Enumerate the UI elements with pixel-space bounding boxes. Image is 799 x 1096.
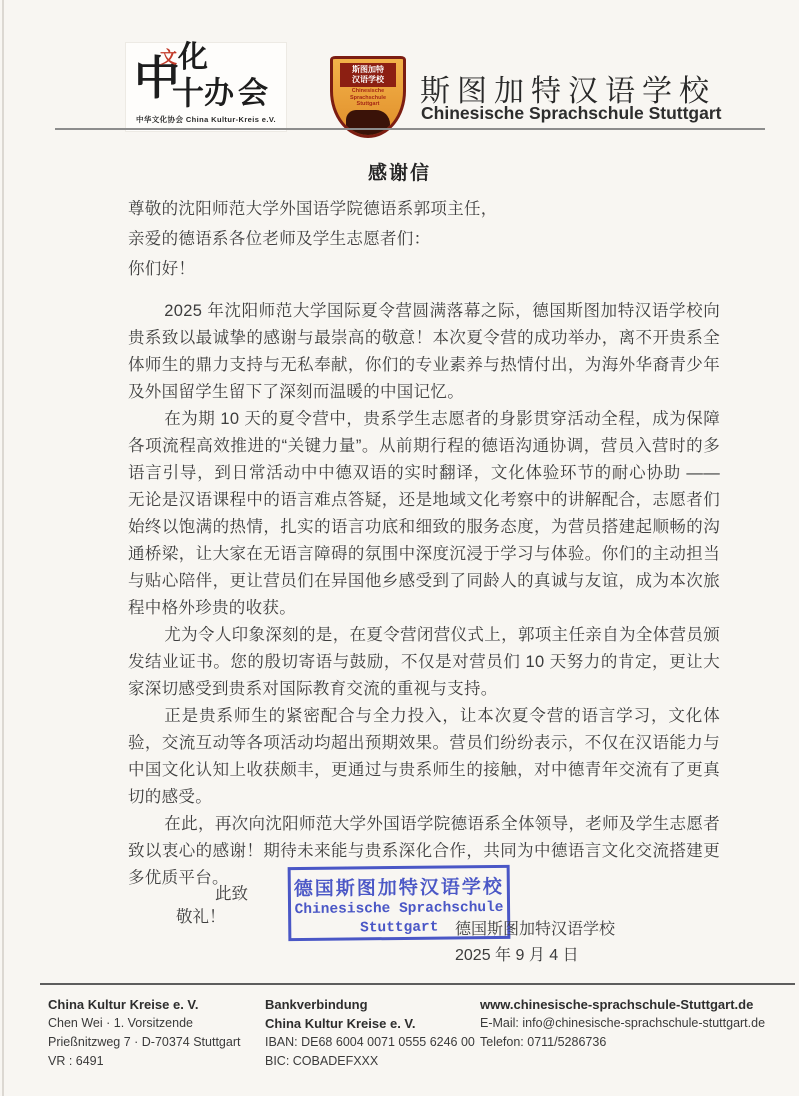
logo-glyph-ban: 办 [204, 79, 234, 109]
footer-association-info: China Kultur Kreise e. V. Chen Wei · 1. … [48, 995, 260, 1071]
china-kultur-kreis-logo: 中 文 化 十 办 会 中华文化协会 China Kultur-Kreis e.… [125, 42, 287, 132]
china-kultur-kreis-logo-art: 中 文 化 十 办 会 [126, 43, 286, 109]
shield-castle-silhouette [346, 110, 390, 136]
paragraph-3: 尤为令人印象深刻的是，在夏令营闭营仪式上，郭项主任亲自为全体营员颁发结业证书。您… [128, 622, 720, 703]
shield-top-line1: 斯图加特 [340, 65, 396, 75]
school-shield-icon: 斯图加特 汉语学校 Chinesische Sprachschule Stutt… [330, 56, 406, 138]
school-name-german: Chinesische Sprachschule Stuttgart [421, 103, 722, 124]
logo-glyph-hui: 会 [238, 79, 268, 109]
footer-address: Prießnitzweg 7 · D-70374 Stuttgart [48, 1033, 260, 1052]
logo-glyph-shi: 十 [172, 77, 204, 109]
logo-glyph-hua: 化 [178, 43, 208, 73]
paragraph-2: 在为期 10 天的夏令营中，贵系学生志愿者的身影贯穿活动全程，成为保障各项流程高… [128, 406, 720, 622]
signature-school-name: 德国斯图加特汉语学校 [455, 916, 615, 939]
footer-phone: Telefon: 0711/5286736 [480, 1033, 795, 1052]
shield-top-line2: 汉语学校 [340, 75, 396, 85]
footer-bank-title: Bankverbindung [265, 995, 477, 1014]
footer-bank-account-holder: China Kultur Kreise e. V. [265, 1014, 477, 1033]
footer-bic: BIC: COBADEFXXX [265, 1052, 477, 1071]
paragraph-4: 正是贵系师生的紧密配合与全力投入，让本次夏令营的语言学习，文化体验，交流互动等各… [128, 703, 720, 811]
salutation-line-3: 你们好！ [128, 254, 720, 284]
scanned-letter-page: 中 文 化 十 办 会 中华文化协会 China Kultur-Kreis e.… [0, 0, 799, 1096]
footer-iban: IBAN: DE68 6004 0071 0555 6246 00 [265, 1033, 477, 1052]
footer-contact-info: www.chinesische-sprachschule-Stuttgart.d… [480, 995, 795, 1052]
closing-jingli: 敬礼！ [176, 903, 226, 927]
footer-association-title: China Kultur Kreise e. V. [48, 995, 260, 1014]
signature-date: 2025 年 9 月 4 日 [455, 942, 579, 965]
footer-chairperson: Chen Wei · 1. Vorsitzende [48, 1014, 260, 1033]
paragraph-1: 2025 年沈阳师范大学国际夏令营圆满落幕之际，德国斯图加特汉语学校向贵系致以最… [128, 298, 720, 406]
salutation-line-2: 亲爱的德语系各位老师及学生志愿者们： [128, 224, 720, 254]
logo-glyph-wen: 文 [160, 49, 177, 66]
letter-title: 感谢信 [0, 158, 799, 185]
footer-website: www.chinesische-sprachschule-Stuttgart.d… [480, 995, 795, 1014]
shield-mid-text: Chinesische Sprachschule Stuttgart [333, 88, 403, 108]
footer-bank-info: Bankverbindung China Kultur Kreise e. V.… [265, 995, 477, 1071]
footer-register-number: VR : 6491 [48, 1052, 260, 1071]
shield-top-text: 斯图加特 汉语学校 [340, 63, 396, 87]
stamp-line-1: 德国斯图加特汉语学校 [291, 872, 507, 901]
logo-caption: 中华文化协会 China Kultur-Kreis e.V. [126, 114, 286, 125]
footer-divider [40, 983, 795, 985]
closing-cizhi: 此致 [215, 880, 248, 904]
salutation: 尊敬的沈阳师范大学外国语学院德语系郭项主任， 亲爱的德语系各位老师及学生志愿者们… [128, 194, 720, 284]
salutation-line-1: 尊敬的沈阳师范大学外国语学院德语系郭项主任， [128, 194, 720, 224]
header-divider [55, 128, 765, 130]
footer-email: E-Mail: info@chinesische-sprachschule-st… [480, 1014, 795, 1033]
letter-body: 尊敬的沈阳师范大学外国语学院德语系郭项主任， 亲爱的德语系各位老师及学生志愿者们… [128, 194, 720, 892]
